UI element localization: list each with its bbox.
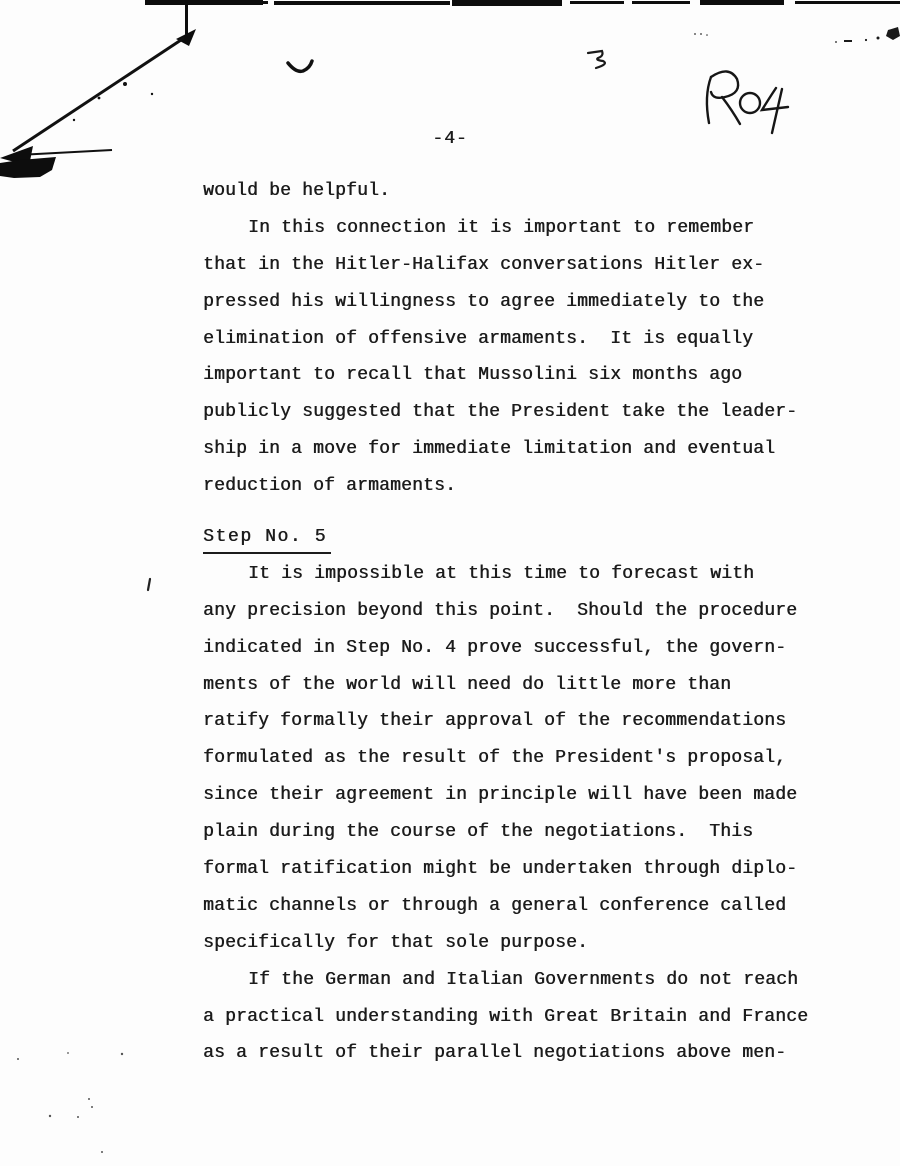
document-line: that in the Hitler-Halifax conversations… <box>203 247 843 284</box>
document-line: would be helpful. <box>203 173 843 210</box>
document-line: since their agreement in principle will … <box>203 777 843 814</box>
document-line: ments of the world will need do little m… <box>203 667 843 704</box>
document-line: ship in a move for immediate limitation … <box>203 431 843 468</box>
margin-tick-mark <box>148 579 150 590</box>
document-line: matic channels or through a general conf… <box>203 888 843 925</box>
document-line-text: matic channels or through a general conf… <box>203 896 786 916</box>
document-line: formal ratification might be undertaken … <box>203 851 843 888</box>
page-number: -4- <box>0 129 900 149</box>
document-line-text: since their agreement in principle will … <box>203 785 797 805</box>
document-line-text: ments of the world will need do little m… <box>203 675 731 695</box>
document-line-text: plain during the course of the negotiati… <box>203 822 753 842</box>
document-line-text: that in the Hitler-Halifax conversations… <box>203 255 764 275</box>
document-line: In this connection it is important to re… <box>203 210 843 247</box>
document-line-text: pressed his willingness to agree immedia… <box>203 292 764 312</box>
document-line: pressed his willingness to agree immedia… <box>203 284 843 321</box>
document-line: It is impossible at this time to forecas… <box>203 556 843 593</box>
document-line-text: ratify formally their approval of the re… <box>203 711 786 731</box>
document-line: If the German and Italian Governments do… <box>203 962 843 999</box>
document-line-text: specifically for that sole purpose. <box>203 933 588 953</box>
document-line-text: as a result of their parallel negotiatio… <box>203 1043 786 1063</box>
bottom-specks <box>17 1052 123 1153</box>
document-line-text: any precision beyond this point. Should … <box>203 601 797 621</box>
document-line-text: publicly suggested that the President ta… <box>203 402 797 422</box>
document-line-text: elimination of offensive armaments. It i… <box>203 329 753 349</box>
document-line-text: a practical understanding with Great Bri… <box>203 1007 808 1027</box>
document-line: any precision beyond this point. Should … <box>203 593 843 630</box>
document-line-text: indicated in Step No. 4 prove successful… <box>203 638 786 658</box>
check-mark <box>288 61 312 71</box>
document-line: Step No. 5 <box>203 519 843 556</box>
document-line-text: ship in a move for immediate limitation … <box>203 439 775 459</box>
document-line-text: formal ratification might be undertaken … <box>203 859 797 879</box>
document-line: formulated as the result of the Presiden… <box>203 740 843 777</box>
document-line: elimination of offensive armaments. It i… <box>203 321 843 358</box>
scan-edge-bar <box>145 0 900 6</box>
right-edge-specks <box>835 27 900 43</box>
document-line-text: Step No. 5 <box>203 522 331 554</box>
top-specks <box>694 33 708 36</box>
document-line: important to recall that Mussolini six m… <box>203 357 843 394</box>
document-line-text: In this connection it is important to re… <box>248 218 754 238</box>
document-line-text: It is impossible at this time to forecas… <box>248 564 754 584</box>
handwritten-r04 <box>707 71 788 133</box>
scan-pin-mark <box>176 4 196 46</box>
document-line-text: If the German and Italian Governments do… <box>248 970 798 990</box>
document-line-text: formulated as the result of the Presiden… <box>203 748 786 768</box>
document-line: as a result of their parallel negotiatio… <box>203 1035 843 1072</box>
document-line: publicly suggested that the President ta… <box>203 394 843 431</box>
handwritten-mark-3 <box>588 51 605 68</box>
scan-corner-blob <box>0 146 112 178</box>
document-line: specifically for that sole purpose. <box>203 925 843 962</box>
scanned-document-page: -4- would be helpful. In this connection… <box>0 0 900 1166</box>
document-body: would be helpful. In this connection it … <box>203 173 843 1072</box>
document-line: ratify formally their approval of the re… <box>203 703 843 740</box>
document-line: a practical understanding with Great Bri… <box>203 999 843 1036</box>
document-line: plain during the course of the negotiati… <box>203 814 843 851</box>
document-line-text: important to recall that Mussolini six m… <box>203 365 742 385</box>
document-line: reduction of armaments. <box>203 468 843 505</box>
document-line-text: reduction of armaments. <box>203 476 456 496</box>
document-line: indicated in Step No. 4 prove successful… <box>203 630 843 667</box>
document-line-text: would be helpful. <box>203 181 390 201</box>
